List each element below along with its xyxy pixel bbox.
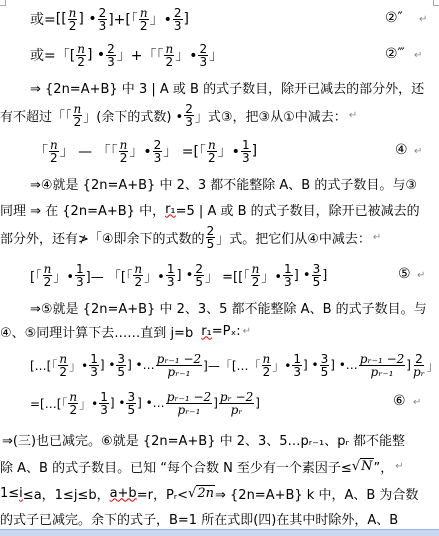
fraction-2-over-3: 23 (198, 43, 208, 68)
paragraph-mark-icon: ↵ (373, 232, 381, 243)
fraction-n-over-2: n2 (133, 263, 143, 288)
fraction-2-over-3: 23 (184, 103, 194, 128)
fraction-pr1-minus2-over-pr1: pᵣ₋₁ −2pᵣ₋₁ (166, 391, 213, 416)
equation-6-part2: =[…[「 n2 」• 13 ] • 35 ] •… pᵣ₋₁ −2pᵣ₋₁ ]… (30, 386, 260, 420)
fraction-1-over-3: 13 (75, 263, 85, 288)
text: 同理 ⇒ 在 {2n=A+B} 中， (0, 200, 165, 219)
fraction-n-over-2: n2 (207, 139, 217, 164)
paragraph-text: ⇒ {2n=A+B} 中 3 | A 或 B 的式子数目，除开已减去的部分外，还 (30, 76, 424, 98)
text: ④、⑤同理计算下去……直到 j=b (0, 322, 193, 341)
fraction-2-over-5: 25 (206, 225, 216, 250)
text: 部分外，还有≯「④即余下的式数的 (0, 228, 205, 247)
fraction-n-over-2: n2 (251, 263, 261, 288)
fraction-2-over-5: 25 (194, 263, 204, 288)
fraction-2-over-3: 23 (153, 139, 163, 164)
paragraph-mark-icon: ↵ (414, 50, 422, 61)
paragraph-text: 1≤ i ≤a，1≤j≤b， a+b =r，Pᵣ< √2n ⇒ {2n=A+B}… (0, 482, 418, 504)
text: a+b (110, 486, 137, 501)
fraction-pr1-minus2-over-pr1: pᵣ₋₁ −2pᵣ₋₁ (359, 353, 406, 378)
fraction-3-over-5: 35 (116, 353, 126, 378)
fraction-1-over-3: 13 (99, 391, 109, 416)
text: =5 | A 或 B 的式子数目，除开已被减去的 (176, 200, 420, 219)
fraction-n-over-2: n2 (262, 353, 272, 378)
page-corner-mark (433, 0, 439, 6)
fraction-1-over-3: 13 (283, 263, 293, 288)
paragraph-mark-icon: ↵ (243, 326, 251, 337)
paragraph-mark-icon: ↵ (414, 146, 422, 157)
fraction-3-over-5: 35 (320, 353, 330, 378)
fraction-n-over-2: n2 (119, 139, 129, 164)
equation-4: 「 n2 」 — 「「 n2 」• 23 」 =[「 n2 」• 13 ] (34, 136, 257, 166)
fraction-2-over-3: 23 (173, 7, 183, 32)
paragraph-text: 除 A、B 的式子数目。已知 “每个合数 N 至少有一个素因子≤ √N ”， ↵ (0, 455, 404, 477)
equation-label: ②″ (385, 10, 403, 26)
text: r₁ (165, 202, 176, 217)
paragraph-text: 的式子已减完。余下的式子，B=1 所在式即(四)在其中时除外，A、B (0, 507, 398, 529)
fraction-pr1-minus2-over-pr1: pᵣ₋₁ −2pᵣ₋₁ (156, 353, 203, 378)
text: 」(余下的式数) • (83, 106, 183, 125)
paragraph-mark-icon: ↵ (349, 110, 357, 121)
paragraph-text: ④、⑤同理计算下去……直到 j=b r₁ =Pₓ: ↵ (0, 320, 251, 342)
text: 有不超过「「 (0, 106, 72, 125)
text: ⇒④就是 {2n=A+B} 中 2、3 都不能整除 A、B 的式子数目。与③ (30, 174, 417, 193)
paragraph-mark-icon: ↵ (395, 461, 403, 472)
text: ≤a，1≤j≤b， (23, 484, 110, 503)
paragraph-mark-icon: ↵ (413, 397, 421, 408)
paragraph-text: 同理 ⇒ 在 {2n=A+B} 中， r₁ =5 | A 或 B 的式子数目，除… (0, 198, 420, 220)
fraction-2-over-3: 23 (106, 43, 116, 68)
window-bottom-edge (0, 529, 439, 536)
fraction-1-over-3: 13 (89, 353, 99, 378)
fraction-pr-minus2-over-pr: pᵣ −2pᵣ (219, 391, 254, 416)
equation-label: ⑥ (393, 393, 406, 409)
fraction-n-over-2: n2 (73, 103, 83, 128)
fraction-n-over-2: n2 (76, 43, 86, 68)
page-corner-mark (0, 0, 6, 6)
fraction-n-over-2: n2 (49, 139, 59, 164)
fraction-n-over-2: n2 (68, 391, 78, 416)
text: ⇒ {2n=A+B} 中 3 | A 或 B 的式子数目，除开已减去的部分外，还 (30, 78, 424, 97)
fraction-1-over-3: 13 (241, 139, 251, 164)
paragraph-mark-icon: ↵ (417, 270, 425, 281)
fraction-n-over-2: n2 (139, 7, 149, 32)
text: r₁ (201, 324, 212, 339)
paragraph-text: ⇒⑤就是 {2n=A+B} 中 2、3、5 都不能整除 A、B 的式子数目。与 (30, 296, 427, 318)
text: 的式子已减完。余下的式子，B=1 所在式即(四)在其中时除外，A、B (0, 509, 398, 528)
fraction-3-over-5: 35 (312, 263, 322, 288)
text: ⇒ {2n=A+B} k 中，A、B 为合数 (215, 484, 418, 503)
equation-label: ④ (395, 142, 408, 158)
text: 」式③，把③从①中减去： (195, 106, 347, 125)
text: 1≤ (0, 486, 19, 501)
text: 」式。把它们从④中减去： (216, 228, 371, 247)
equation-label: ⑤ (398, 266, 411, 282)
fraction-n-over-2: n2 (68, 7, 78, 32)
document-page: 或= [[ n2 ] • 23 ]+[「 n2 」• 23 ] ②″ ↵ 或= … (0, 0, 439, 530)
sqrt-N: N (360, 458, 373, 474)
paragraph-text: 有不超过「「 n2 」(余下的式数) • 23 」式③，把③从①中减去： ↵ (0, 100, 357, 130)
fraction-2-over-3: 23 (98, 7, 108, 32)
fraction-3-over-5: 35 (126, 391, 136, 416)
fraction-1-over-3: 13 (166, 263, 176, 288)
text: ⇒⑤就是 {2n=A+B} 中 2、3、5 都不能整除 A、B 的式子数目。与 (30, 298, 427, 317)
fraction-1-over-3: 13 (292, 353, 302, 378)
fraction-2-over-pr: 2pᵣ (412, 353, 426, 378)
paragraph-text: ⇒④就是 {2n=A+B} 中 2、3 都不能整除 A、B 的式子数目。与③ (30, 172, 417, 194)
fraction-n-over-2: n2 (58, 353, 68, 378)
paragraph-text: 部分外，还有≯「④即余下的式数的 25 」式。把它们从④中减去： ↵ (0, 222, 381, 252)
text: ⇒(三)也已减完。⑥就是 {2n=A+B} 中 2、3、5…pᵣ₋₁、pᵣ 都不… (2, 430, 405, 449)
equation-5: [「 n2 」• 13 ]— 「[「 n2 」• 13 ] • 25 」 =[[… (30, 260, 327, 290)
equation-label: ②‴ (385, 46, 405, 62)
text: =r，Pᵣ< (137, 484, 188, 503)
equation-2-triple-prime: 或= 「[ n2 ] • 23 」+「「 n2 」• 23 」 (30, 40, 223, 70)
text: 或= (30, 45, 56, 65)
paragraph-text: ⇒(三)也已减完。⑥就是 {2n=A+B} 中 2、3、5…pᵣ₋₁、pᵣ 都不… (2, 428, 405, 450)
text: =Pₓ: (212, 324, 241, 339)
fraction-n-over-2: n2 (43, 263, 53, 288)
equation-6-part1: […[「 n2 」• 13 ] • 35 ] •… pᵣ₋₁ −2pᵣ₋₁ ]—… (30, 348, 439, 382)
text: 除 A、B 的式子数目。已知 “每个合数 N 至少有一个素因子≤ (0, 457, 352, 476)
text: 或= (30, 9, 56, 29)
fraction-n-over-2: n2 (164, 43, 174, 68)
text: ”， (374, 457, 394, 476)
sqrt-2n: 2n (196, 485, 215, 501)
paragraph-mark-icon: ↵ (419, 14, 427, 25)
equation-2-double-prime: 或= [[ n2 ] • 23 ]+[「 n2 」• 23 ] (30, 4, 189, 34)
